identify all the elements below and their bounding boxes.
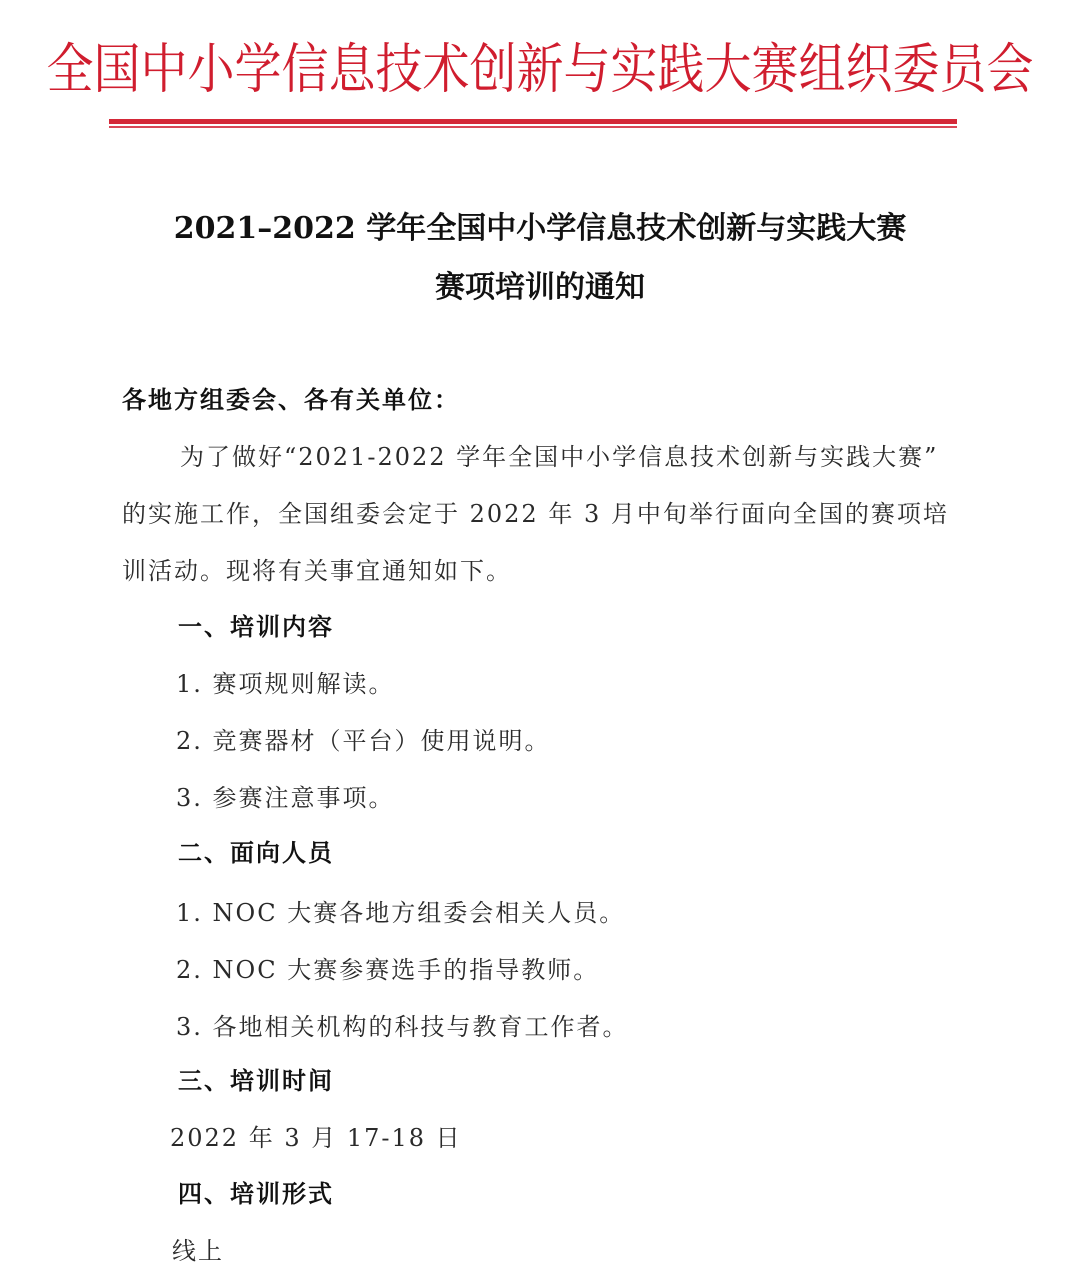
list-item: 2. 竞赛器材（平台）使用说明。 xyxy=(176,721,551,756)
list-item: 1. 赛项规则解读。 xyxy=(176,664,395,699)
letterhead-org-name: 全国中小学信息技术创新与实践大赛组织委员会 xyxy=(0,30,1080,111)
letterhead-rule-thin xyxy=(109,126,957,128)
list-item: 3. 参赛注意事项。 xyxy=(176,778,395,813)
document-title-line1: 2021–2022 学年全国中小学信息技术创新与实践大赛 xyxy=(0,203,1080,247)
section-heading-content: 一、培训内容 xyxy=(178,607,334,642)
section-heading-audience: 二、面向人员 xyxy=(178,833,334,868)
list-item: 3. 各地相关机构的科技与教育工作者。 xyxy=(176,1007,629,1042)
training-format-value: 线上 xyxy=(172,1231,224,1266)
intro-line-1: 为了做好“2021-2022 学年全国中小学信息技术创新与实践大赛” xyxy=(180,437,938,472)
list-item: 1. NOC 大赛各地方组委会相关人员。 xyxy=(176,893,625,928)
letterhead-rule-thick xyxy=(109,119,957,124)
training-time-value: 2022 年 3 月 17-18 日 xyxy=(170,1118,462,1153)
intro-line-3: 训活动。现将有关事宜通知如下。 xyxy=(122,551,512,586)
salutation: 各地方组委会、各有关单位： xyxy=(122,380,460,415)
section-heading-time: 三、培训时间 xyxy=(178,1061,334,1096)
intro-line-2: 的实施工作，全国组委会定于 2022 年 3 月中旬举行面向全国的赛项培 xyxy=(122,494,949,529)
document-title-line2: 赛项培训的通知 xyxy=(0,262,1080,306)
list-item: 2. NOC 大赛参赛选手的指导教师。 xyxy=(176,950,599,985)
section-heading-format: 四、培训形式 xyxy=(178,1174,334,1209)
